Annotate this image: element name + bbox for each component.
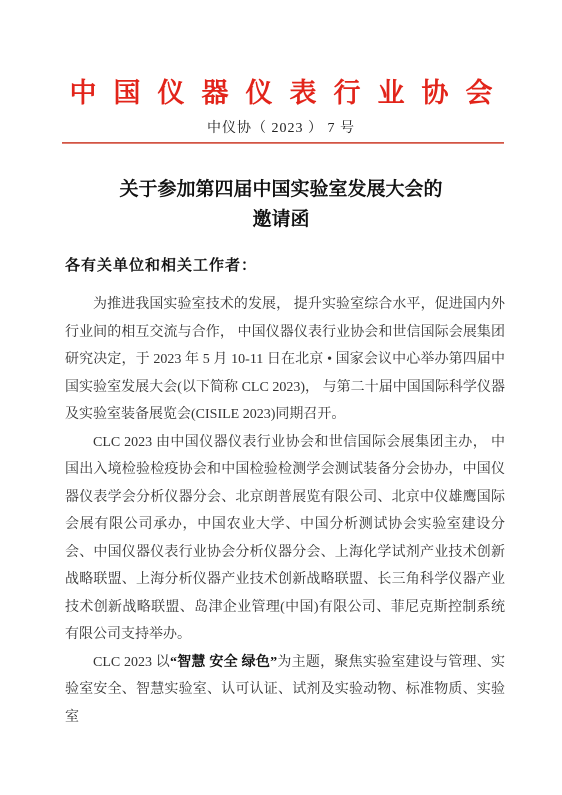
doc-number: 中仪协（ 2023 ） 7 号	[0, 117, 562, 137]
document-title-line1: 关于参加第四届中国实验室发展大会的	[0, 175, 562, 205]
paragraph-3-prefix: CLC 2023 以	[93, 655, 170, 670]
red-divider-line	[62, 142, 504, 144]
paragraph-3-theme-bold: “智慧 安全 绿色”	[170, 655, 277, 670]
paragraph-2: CLC 2023 由中国仪器仪表行业协会和世信国际会展集团主办， 中国出入境检验…	[65, 429, 505, 649]
org-name-header: 中国仪器仪表行业协会	[0, 71, 562, 110]
paragraph-1: 为推进我国实验室技术的发展， 提升实验室综合水平，促进国内外行业间的相互交流与合…	[65, 291, 505, 429]
paragraph-3: CLC 2023 以“智慧 安全 绿色”为主题，聚焦实验室建设与管理、实验室安全…	[65, 649, 505, 732]
document-title: 关于参加第四届中国实验室发展大会的 邀请函	[0, 175, 562, 235]
document-body: 为推进我国实验室技术的发展， 提升实验室综合水平，促进国内外行业间的相互交流与合…	[65, 291, 505, 731]
document-title-line2: 邀请函	[0, 205, 562, 235]
document-page: 中国仪器仪表行业协会 中仪协（ 2023 ） 7 号 关于参加第四届中国实验室发…	[0, 0, 562, 795]
salutation: 各有关单位和相关工作者：	[65, 254, 257, 275]
